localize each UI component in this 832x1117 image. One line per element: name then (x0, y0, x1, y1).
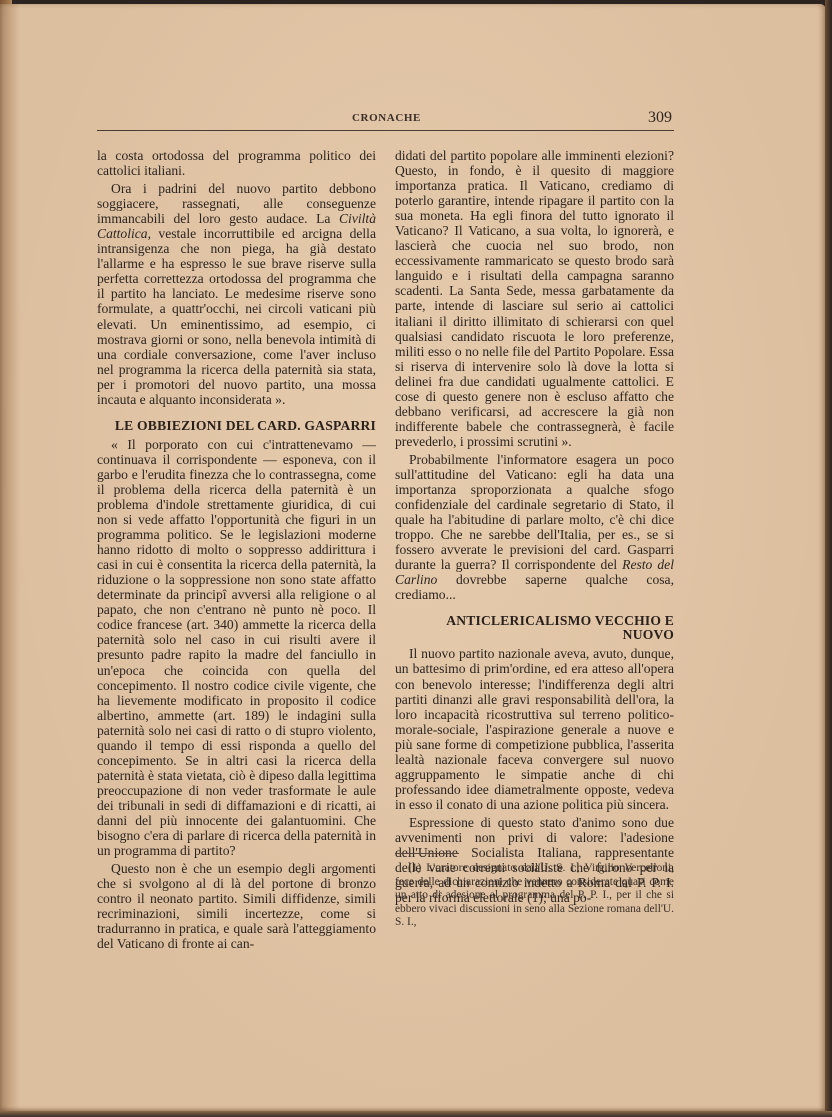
paragraph: didati del partito popolare alle imminen… (395, 148, 674, 449)
page-number: 309 (648, 109, 672, 127)
right-column: didati del partito popolare alle imminen… (395, 148, 674, 905)
page-bottom-edge (0, 1111, 832, 1117)
running-title: CRONACHE (352, 112, 421, 124)
paragraph: Il nuovo partito nazionale aveva, avuto,… (395, 646, 674, 812)
paragraph: Ora i padrini del nuovo partito debbono … (97, 181, 376, 407)
paragraph: la costa ortodossa del programma politic… (97, 148, 376, 178)
footnote-rule (395, 853, 459, 854)
section-heading: ANTICLERICALISMO VECCHIO E NUOVO (395, 614, 674, 642)
paragraph: « Il porporato con cui c'intrattenevamo … (97, 437, 376, 858)
running-head: CRONACHE 309 (97, 110, 674, 130)
paragraph: Questo non è che un esempio degli argome… (97, 861, 376, 951)
section-heading: LE OBBIEZIONI DEL CARD. GASPARRI (97, 419, 376, 433)
left-column: la costa ortodossa del programma politic… (97, 148, 376, 951)
page-right-edge (825, 0, 832, 1117)
header-rule (97, 130, 674, 131)
paragraph: Probabilmente l'informatore esagera un p… (395, 452, 674, 602)
footnote: (1) L'oratore designato dall'U. S. I., V… (395, 862, 674, 930)
